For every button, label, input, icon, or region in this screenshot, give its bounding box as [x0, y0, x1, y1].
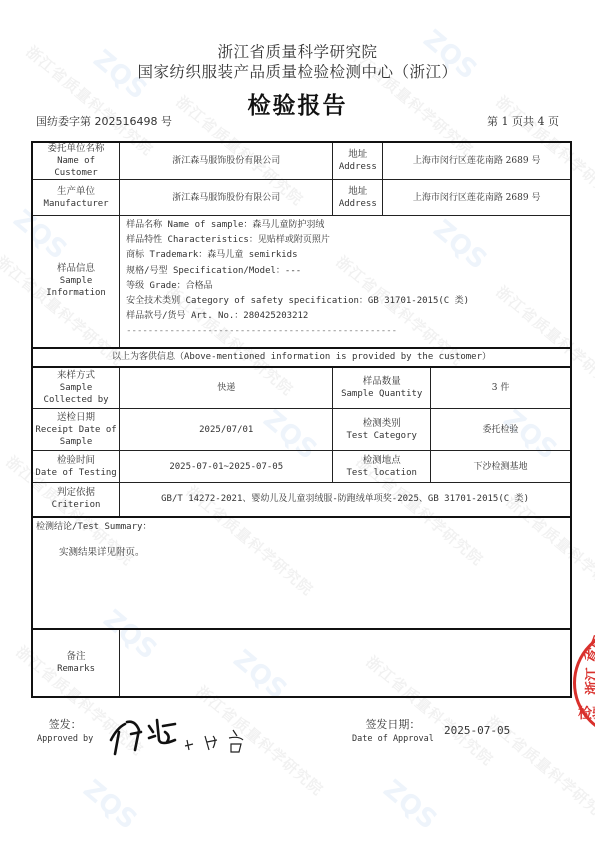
criterion-value: GB/T 14272-2021、婴幼儿及儿童羽绒服-防跑绒单项奖-2025、GB…	[120, 483, 571, 517]
test-summary: 检测结论/Test Summary： 实测结果详见附页。	[32, 517, 571, 629]
customer-value: 浙江森马服饰股份有限公司	[120, 142, 333, 180]
report-table: 委托单位名称 Name of Customer 浙江森马服饰股份有限公司 地址 …	[31, 141, 572, 698]
sample-collected-value: 快递	[120, 367, 333, 409]
remarks-value	[120, 629, 571, 697]
approved-by-label: 签发： Approved by	[37, 716, 93, 744]
customer-note: 以上为客供信息（Above-mentioned information is p…	[32, 348, 571, 367]
customer-address-label: 地址 Address	[333, 142, 383, 180]
remarks-row: 备注 Remarks	[32, 629, 571, 697]
sample-info-label: 样品信息 Sample Information	[32, 216, 120, 348]
sample-characteristics: 样品特性 Characteristics：见贴样或附页照片	[126, 233, 564, 248]
sample-quantity-label: 样品数量 Sample Quantity	[333, 367, 431, 409]
sample-info-row: 样品信息 Sample Information 样品名称 Name of sam…	[32, 216, 571, 348]
receipt-date-label: 送检日期 Receipt Date of Sample	[32, 409, 120, 451]
sample-trademark: 商标 Trademark：森马儿童 semirkids	[126, 248, 564, 263]
test-location-value: 下沙检测基地	[431, 451, 571, 483]
stamp-text-top: 省质	[578, 632, 595, 666]
manufacturer-row: 生产单位 Manufacturer 浙江森马服饰股份有限公司 地址 Addres…	[32, 180, 571, 216]
summary-body: 实测结果详见附页。	[59, 547, 567, 559]
report-number-prefix: 国纺委字第	[36, 115, 91, 128]
receipt-date-value: 2025/07/01	[120, 409, 333, 451]
sample-specification: 规格/号型 Specification/Model：---	[126, 264, 564, 279]
summary-row: 检测结论/Test Summary： 实测结果详见附页。	[32, 517, 571, 629]
approval-section: 签发： Approved by 签发日期： Date of Approval 2…	[0, 714, 595, 764]
customer-note-row: 以上为客供信息（Above-mentioned information is p…	[32, 348, 571, 367]
testing-date-value: 2025-07-01~2025-07-05	[120, 451, 333, 483]
sample-divider: ----------------------------------------…	[126, 324, 564, 339]
signature-image	[105, 710, 265, 760]
customer-label: 委托单位名称 Name of Customer	[32, 142, 120, 180]
manufacturer-address-value: 上海市闵行区莲花南路 2689 号	[383, 180, 571, 216]
watermark-logo: ZQS	[77, 774, 142, 835]
watermark-logo: ZQS	[377, 774, 442, 835]
test-category-value: 委托检验	[431, 409, 571, 451]
approval-date-label: 签发日期： Date of Approval	[352, 716, 434, 744]
testing-date-label: 检验时间 Date of Testing	[32, 451, 120, 483]
report-number: 国纺委字第 202516498 号	[36, 113, 172, 129]
stamp-text-bottom: 检验	[578, 703, 595, 723]
customer-address-value: 上海市闵行区莲花南路 2689 号	[383, 142, 571, 180]
stamp-text-middle: 浙江	[582, 667, 595, 695]
manufacturer-value: 浙江森马服饰股份有限公司	[120, 180, 333, 216]
sample-quantity-value: 3 件	[431, 367, 571, 409]
sample-safety-category: 安全技术类别 Category of safety specification：…	[126, 294, 564, 309]
report-header: 浙江省质量科学研究院 国家纺织服装产品质量检验检测中心（浙江） 检验报告	[0, 42, 595, 120]
report-number-value: 202516498	[95, 115, 158, 128]
approval-date-value: 2025-07-05	[444, 724, 510, 737]
manufacturer-label: 生产单位 Manufacturer	[32, 180, 120, 216]
institute-name: 浙江省质量科学研究院	[0, 42, 595, 62]
sample-collection-row: 来样方式 Sample Collected by 快递 样品数量 Sample …	[32, 367, 571, 409]
center-name: 国家纺织服装产品质量检验检测中心（浙江）	[0, 62, 595, 82]
criterion-row: 判定依据 Criterion GB/T 14272-2021、婴幼儿及儿童羽绒服…	[32, 483, 571, 517]
sample-name: 样品名称 Name of sample：森马儿童防护羽绒	[126, 218, 564, 233]
page-info: 第 1 页共 4 页	[487, 113, 559, 129]
sample-grade: 等级 Grade：合格品	[126, 279, 564, 294]
report-number-suffix: 号	[161, 115, 172, 128]
sample-art-no: 样品款号/货号 Art. No.：280425203212	[126, 309, 564, 324]
sample-collected-label: 来样方式 Sample Collected by	[32, 367, 120, 409]
manufacturer-address-label: 地址 Address	[333, 180, 383, 216]
sample-info-content: 样品名称 Name of sample：森马儿童防护羽绒 样品特性 Charac…	[120, 216, 571, 348]
receipt-row: 送检日期 Receipt Date of Sample 2025/07/01 检…	[32, 409, 571, 451]
criterion-label: 判定依据 Criterion	[32, 483, 120, 517]
testing-row: 检验时间 Date of Testing 2025-07-01~2025-07-…	[32, 451, 571, 483]
test-category-label: 检测类别 Test Category	[333, 409, 431, 451]
test-location-label: 检测地点 Test location	[333, 451, 431, 483]
summary-title: 检测结论/Test Summary：	[36, 521, 567, 533]
report-meta: 国纺委字第 202516498 号 第 1 页共 4 页	[36, 113, 559, 129]
customer-row: 委托单位名称 Name of Customer 浙江森马服饰股份有限公司 地址 …	[32, 142, 571, 180]
remarks-label: 备注 Remarks	[32, 629, 120, 697]
